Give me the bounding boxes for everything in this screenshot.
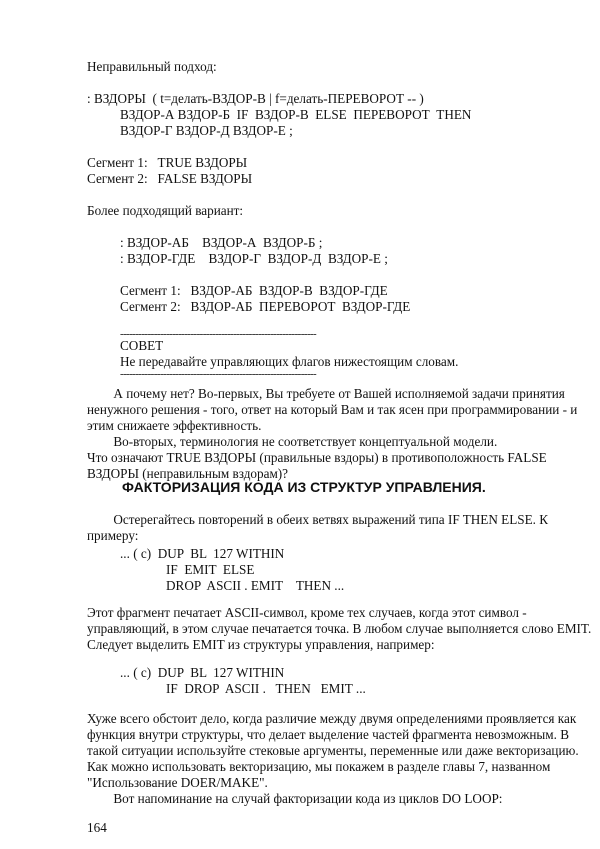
paragraph-line: "Использование DOER/MAKE". — [87, 775, 268, 791]
code-line: DROP ASCII . EMIT THEN ... — [166, 578, 344, 594]
paragraph-line: управляющий, в этом случае печатается то… — [87, 621, 591, 637]
paragraph-line: примеру: — [87, 528, 138, 544]
paragraph-line: ненужного решения - того, ответ на котор… — [87, 402, 577, 418]
segment-line: Сегмент 2: ВЗДОР-АБ ПЕРЕВОРОТ ВЗДОР-ГДЕ — [120, 299, 410, 315]
paragraph-line: функция внутри структуры, что делает выд… — [87, 727, 569, 743]
code-line: ... ( c) DUP BL 127 WITHIN — [120, 546, 284, 562]
paragraph-line: Вот напоминание на случай факторизации к… — [87, 791, 502, 807]
segment-line: Сегмент 1: TRUE ВЗДОРЫ — [87, 155, 247, 171]
paragraph-line: Остерегайтесь повторений в обеих ветвях … — [87, 512, 548, 528]
paragraph-line: Хуже всего обстоит дело, когда различие … — [87, 711, 576, 727]
code-line: : ВЗДОР-АБ ВЗДОР-А ВЗДОР-Б ; — [120, 235, 322, 251]
section-heading: ФАКТОРИЗАЦИЯ КОДА ИЗ СТРУКТУР УПРАВЛЕНИЯ… — [122, 479, 486, 495]
code-line: : ВЗДОР-ГДЕ ВЗДОР-Г ВЗДОР-Д ВЗДОР-Е ; — [120, 251, 388, 267]
paragraph-line: Следует выделить EMIT из структуры управ… — [87, 637, 435, 653]
paragraph-line: Что означают TRUE ВЗДОРЫ (правильные взд… — [87, 450, 547, 466]
page-number: 164 — [87, 820, 107, 836]
tip-divider-bottom: ----------------------------------------… — [120, 366, 316, 382]
code-line: ... ( c) DUP BL 127 WITHIN — [120, 665, 284, 681]
paragraph-line: Как можно использовать векторизацию, мы … — [87, 759, 550, 775]
better-approach-label: Более подходящий вариант: — [87, 203, 243, 219]
segment-line: Сегмент 1: ВЗДОР-АБ ВЗДОР-В ВЗДОР-ГДЕ — [120, 283, 388, 299]
bad-approach-label: Неправильный подход: — [87, 59, 217, 75]
paragraph-line: Этот фрагмент печатает ASCII-символ, кро… — [87, 605, 527, 621]
paragraph-line: такой ситуации используйте стековые аргу… — [87, 743, 579, 759]
tip-title: СОВЕТ — [120, 338, 163, 354]
code-line: IF EMIT ELSE — [166, 562, 254, 578]
code-line: ВЗДОР-А ВЗДОР-Б IF ВЗДОР-В ELSE ПЕРЕВОРО… — [120, 107, 471, 123]
paragraph-line: А почему нет? Во-первых, Вы требуете от … — [87, 386, 565, 402]
code-line: IF DROP ASCII . THEN EMIT ... — [166, 681, 366, 697]
code-line: ВЗДОР-Г ВЗДОР-Д ВЗДОР-Е ; — [120, 123, 293, 139]
paragraph-line: Во-вторых, терминология не соответствует… — [87, 434, 497, 450]
code-line: : ВЗДОРЫ ( t=делать-ВЗДОР-В | f=делать-П… — [87, 91, 424, 107]
paragraph-line: этим снижаете эффективность. — [87, 418, 261, 434]
segment-line: Сегмент 2: FALSE ВЗДОРЫ — [87, 171, 252, 187]
